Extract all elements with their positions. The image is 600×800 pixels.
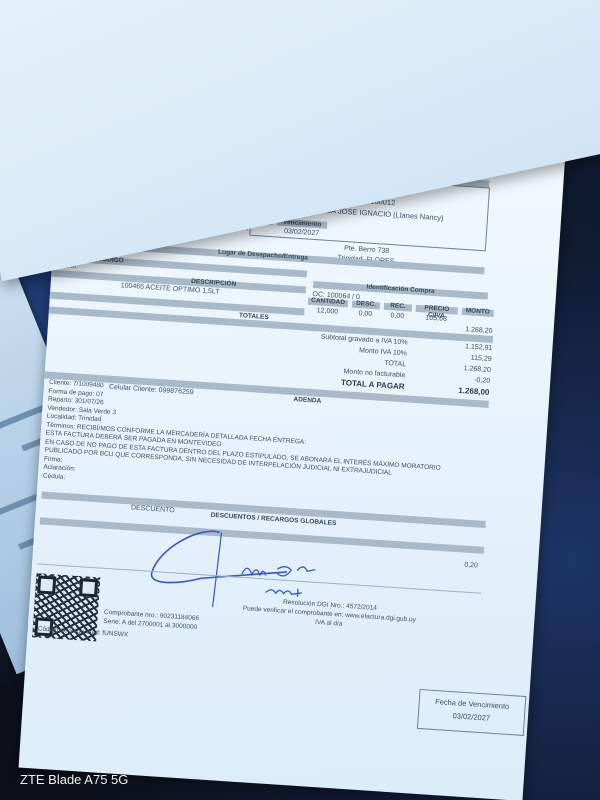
row-precio: 105,68 — [415, 314, 457, 324]
descuento-value: 0,20 — [433, 560, 478, 570]
fecha-vencimiento-box: Fecha de Vencimiento 03/02/2027 — [417, 689, 526, 736]
row-desc: 0,00 — [351, 310, 379, 319]
row-rec: 0,00 — [383, 312, 411, 321]
fecha-vencimiento-value: 03/02/2027 — [419, 709, 524, 725]
descuento-label: DESCUENTO — [131, 504, 175, 514]
row-cantidad: 12,000 — [307, 307, 347, 317]
camera-watermark: ZTE Blade A75 5G — [20, 772, 128, 787]
